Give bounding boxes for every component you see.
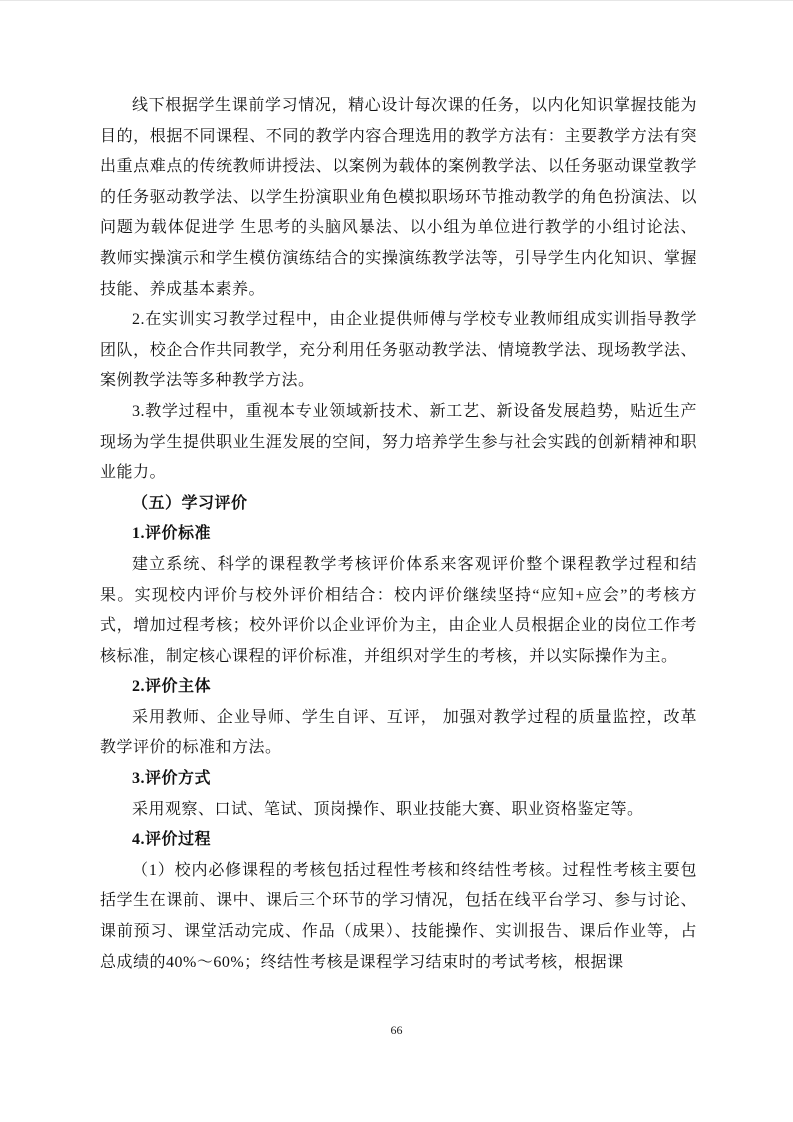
paragraph: 采用观察、口试、笔试、顶岗操作、职业技能大赛、职业资格鉴定等。 bbox=[100, 795, 697, 826]
paragraph: （1）校内必修课程的考核包括过程性考核和终结性考核。过程性考核主要包括学生在课前… bbox=[100, 856, 697, 978]
paragraph: 采用教师、企业导师、学生自评、互评， 加强对教学过程的质量监控，改革教学评价的标… bbox=[100, 703, 697, 764]
document-page: 线下根据学生课前学习情况，精心设计每次课的任务，以内化知识掌握技能为目的，根据不… bbox=[0, 0, 793, 1122]
section-heading: 2.评价主体 bbox=[100, 672, 697, 703]
section-heading: 3.评价方式 bbox=[100, 764, 697, 795]
paragraph: 3.教学过程中，重视本专业领域新技术、新工艺、新设备发展趋势，贴近生产现场为学生… bbox=[100, 397, 697, 489]
section-heading: 1.评价标准 bbox=[100, 519, 697, 550]
section-heading: （五）学习评价 bbox=[100, 489, 697, 520]
page-number: 66 bbox=[0, 1023, 793, 1038]
document-body: 线下根据学生课前学习情况，精心设计每次课的任务，以内化知识掌握技能为目的，根据不… bbox=[100, 91, 697, 978]
section-heading: 4.评价过程 bbox=[100, 825, 697, 856]
paragraph: 建立系统、科学的课程教学考核评价体系来客观评价整个课程教学过程和结果。实现校内评… bbox=[100, 550, 697, 672]
paragraph: 线下根据学生课前学习情况，精心设计每次课的任务，以内化知识掌握技能为目的，根据不… bbox=[100, 91, 697, 305]
paragraph: 2.在实训实习教学过程中，由企业提供师傅与学校专业教师组成实训指导教学团队，校企… bbox=[100, 305, 697, 397]
